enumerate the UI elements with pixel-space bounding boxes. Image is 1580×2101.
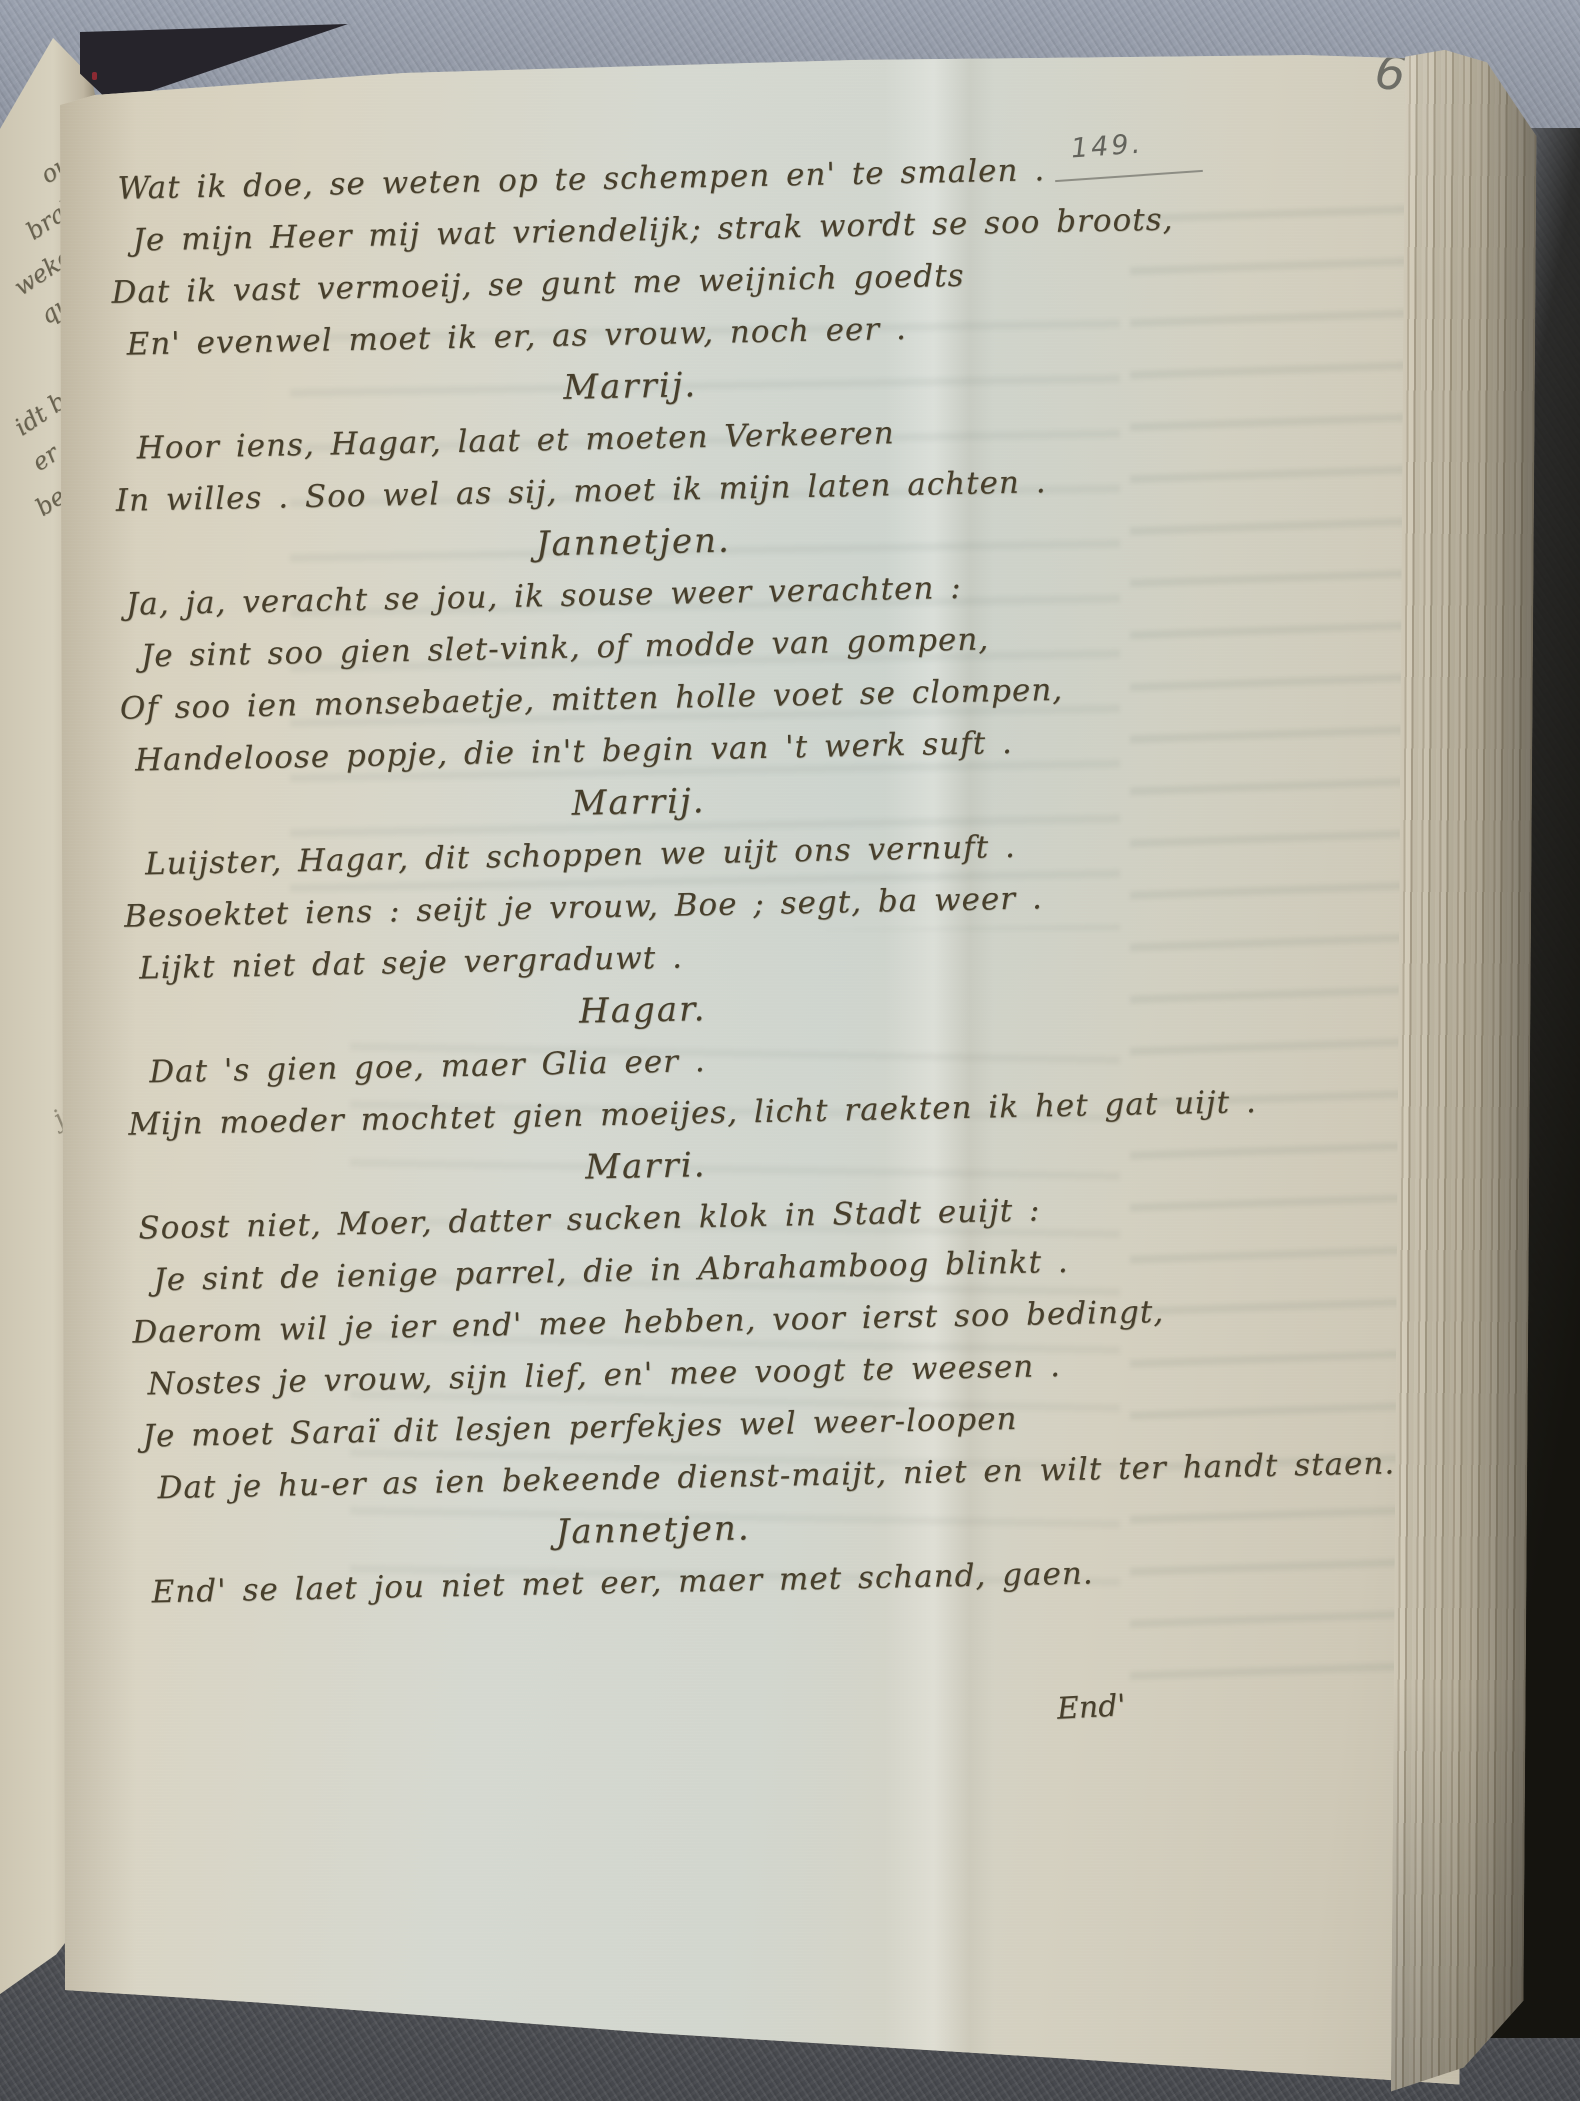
catchword: End' [1056, 1688, 1126, 1727]
manuscript-page: 149. 67 Wat ik doe, se weten op te schem… [55, 45, 1535, 2101]
binding-red-speck [92, 72, 97, 80]
page-edges-stack [1391, 50, 1537, 2093]
handwritten-text-block: Wat ik doe, se weten op te schempen en' … [105, 136, 1504, 1619]
manuscript-photo: ou feubraben'weketertquam.dt,idt brukter… [0, 0, 1580, 2101]
